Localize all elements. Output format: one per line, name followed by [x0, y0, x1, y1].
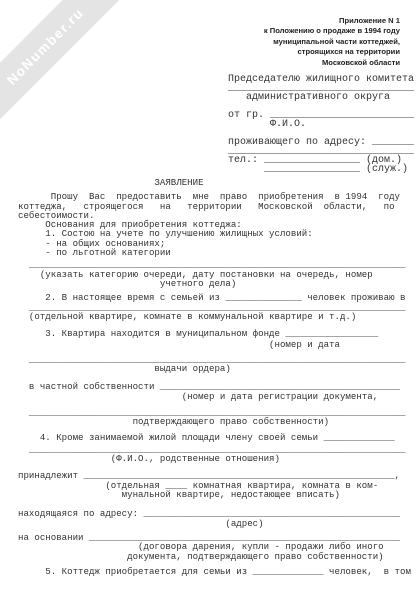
application-body: ЗАЯВЛЕНИЕ Прошу Вас предоставить мне пра… [18, 178, 411, 576]
body-line: (номер и дата [18, 340, 411, 349]
body-line: выдачи ордера) [18, 364, 411, 373]
body-line: (Ф.И.О., родственные отношения) [18, 454, 411, 463]
body-line: - по льготной категории [18, 248, 411, 257]
watermark-text: NoNumber.ru [4, 5, 87, 88]
body-line: 5. Коттедж приобретается для семьи из __… [18, 567, 411, 576]
addressee-block: Председателю жилищного комитета_________… [228, 75, 414, 174]
body-line: (отдельной квартире, комнате в коммуналь… [18, 312, 411, 321]
watermark-ribbon: NoNumber.ru [0, 0, 144, 145]
appendix-note-line: строящихся на территории [264, 47, 400, 57]
body-line: 3. Квартира находится в муниципальном фо… [18, 329, 411, 338]
addressee-line: ________________ (служ.) [228, 165, 414, 174]
appendix-note-line: Московской области [264, 58, 400, 68]
body-line: учетного дела) [18, 279, 411, 288]
document-page: NoNumber.ru Приложение N 1к Положению о … [0, 0, 420, 600]
appendix-note-line: к Положению о продаже в 1994 году [264, 26, 400, 36]
body-line: документа, подтверждающего право собстве… [18, 552, 411, 561]
body-line: мунальной квартире, недостающее вписать) [18, 490, 411, 499]
appendix-note-line: Приложение N 1 [264, 16, 400, 26]
addressee-line: административного округа [228, 93, 414, 102]
body-line: (номер и дата регистрации документа, [18, 392, 411, 401]
body-line: (адрес) [18, 519, 411, 528]
body-line: 4. Кроме занимаемой жилой площади члену … [18, 433, 411, 442]
body-line: подтверждающего право собственности) [18, 417, 411, 426]
appendix-note-line: муниципальной части коттеджей, [264, 37, 400, 47]
body-line: ЗАЯВЛЕНИЕ [18, 178, 411, 187]
addressee-line: Ф.И.О. [228, 120, 414, 129]
appendix-note: Приложение N 1к Положению о продаже в 19… [264, 16, 400, 68]
